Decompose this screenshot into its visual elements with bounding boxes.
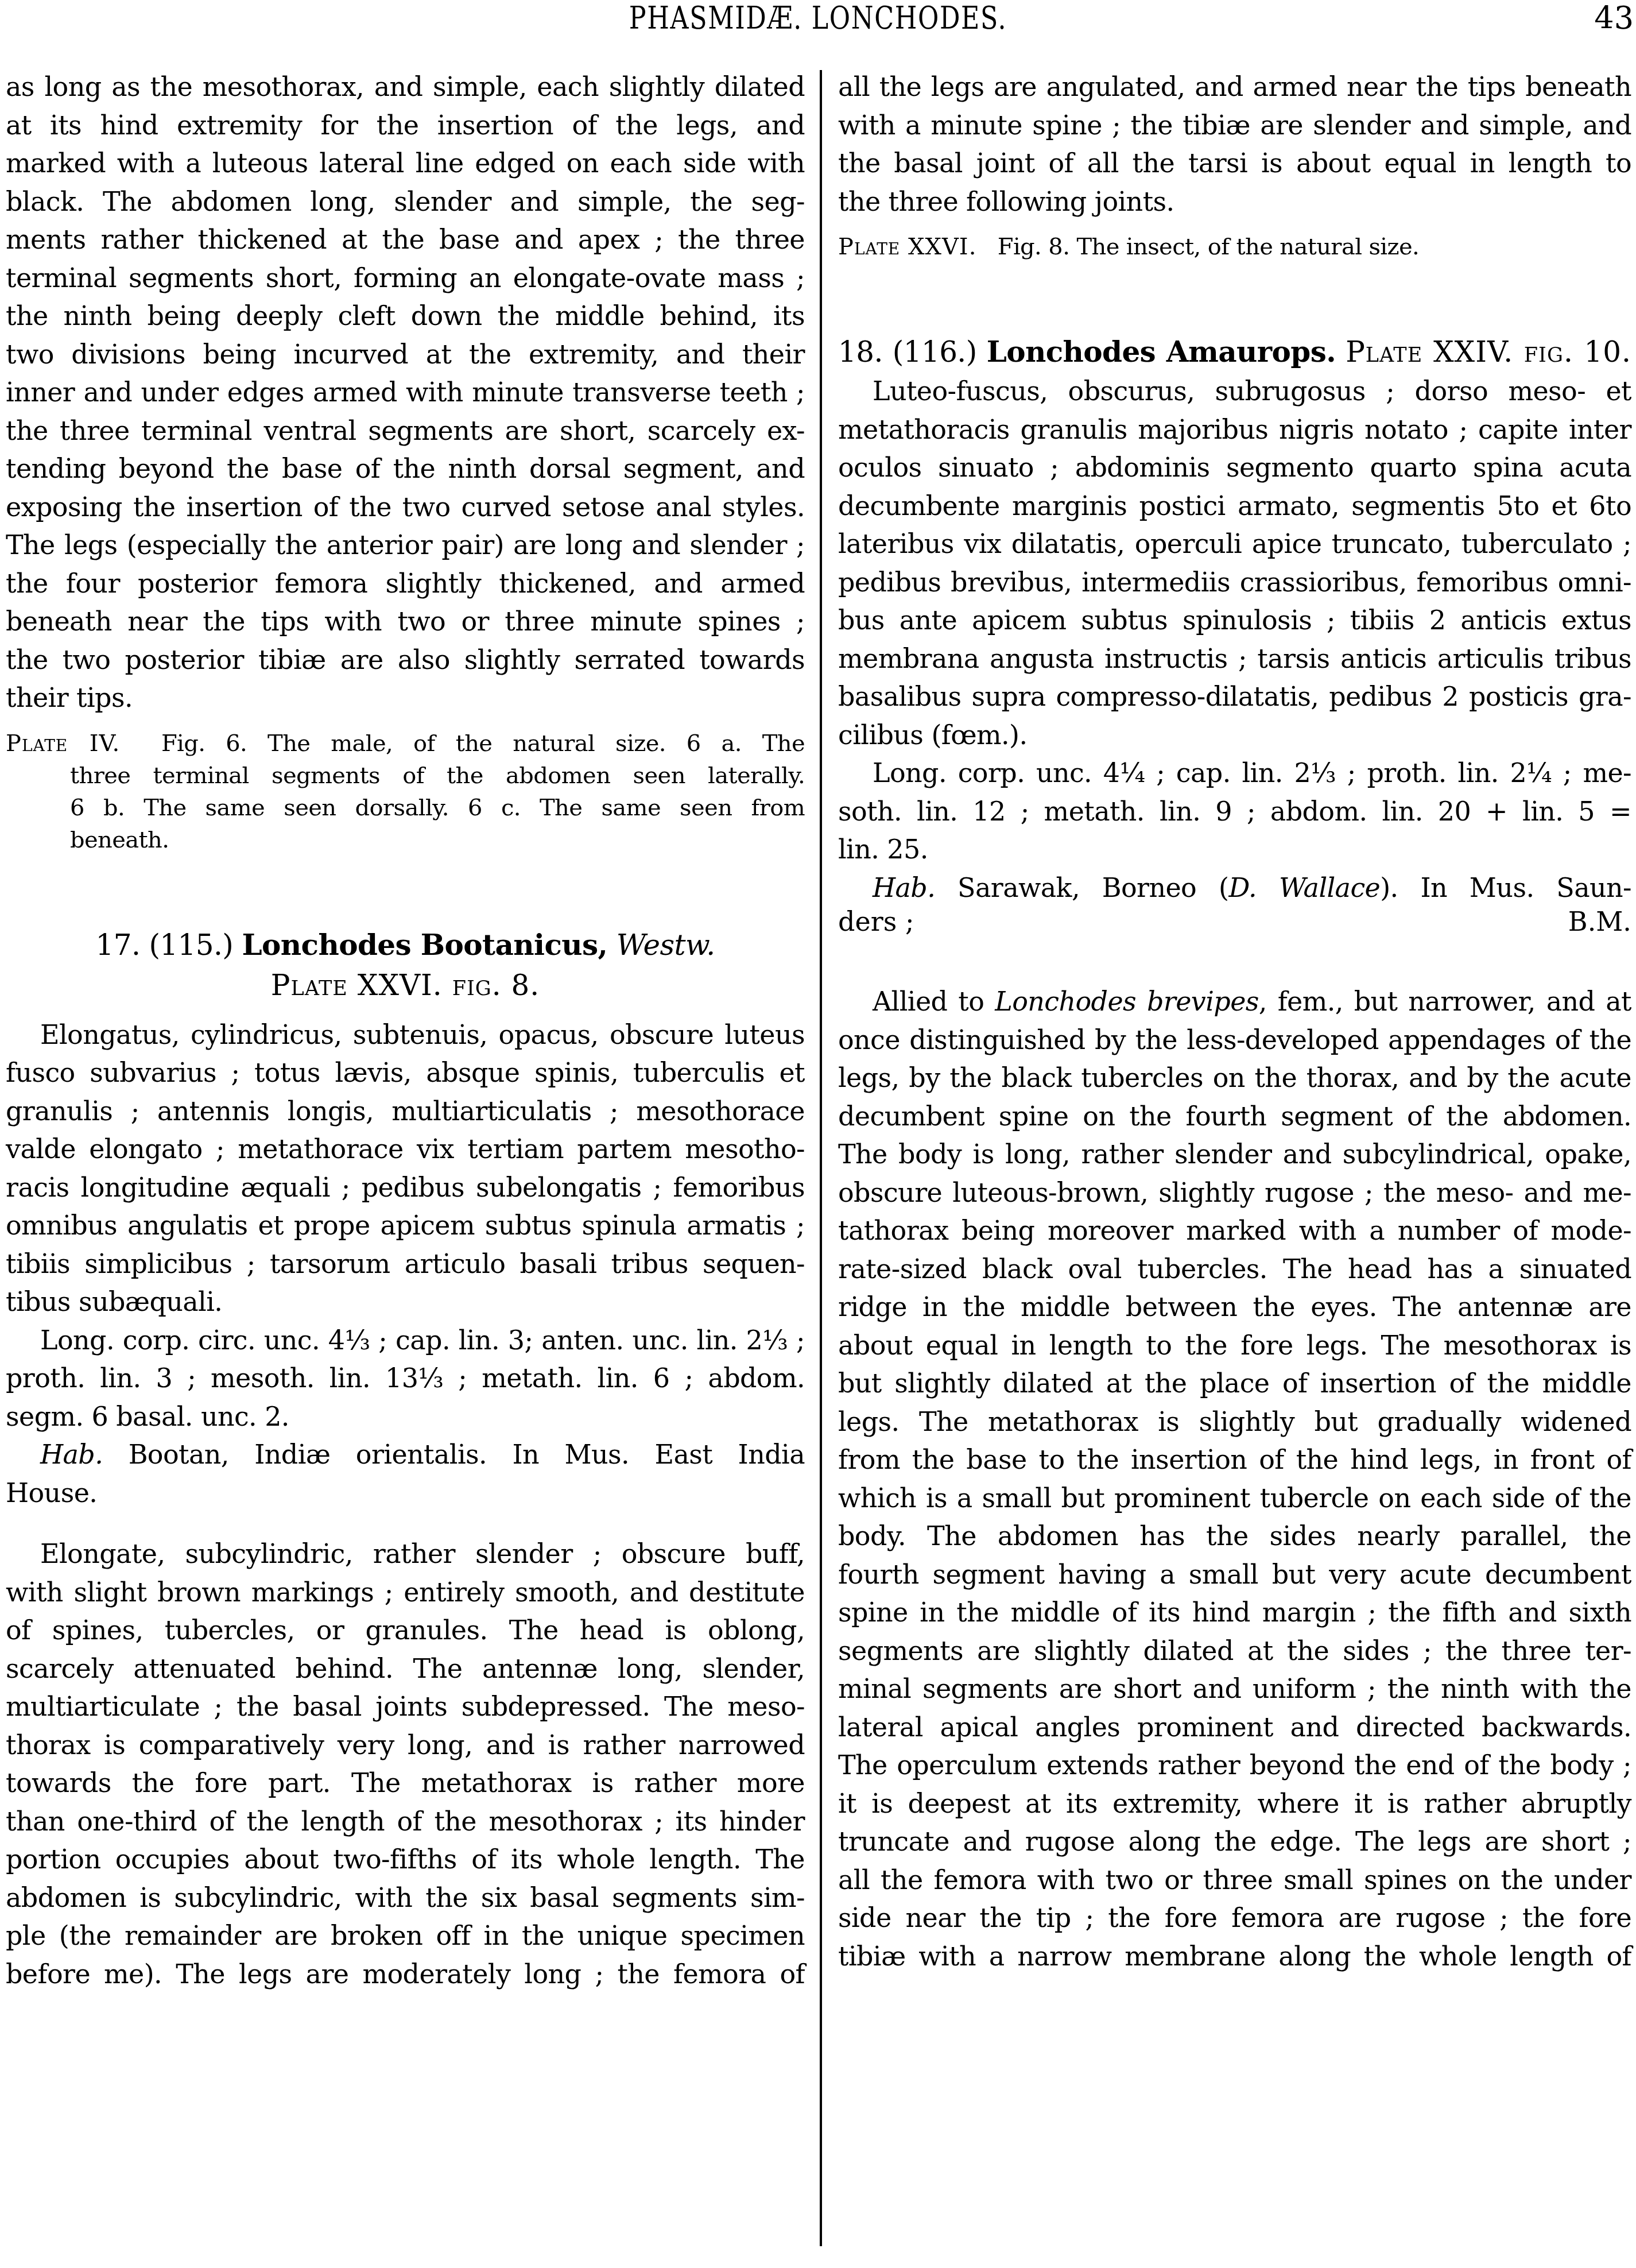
text-line: tathorax being moreover marked with a nu… [838, 1212, 1631, 1250]
running-head-title: PHASMIDÆ. LONCHODES. [148, 0, 1489, 37]
latin-description: Elongatus, cylindricus, subtenuis, opacu… [6, 1016, 805, 1321]
text-fragment: Allied to [873, 986, 995, 1017]
text-line: membrana angusta instructis ; tarsis ant… [838, 640, 1631, 678]
habitat-label: Hab. [40, 1439, 103, 1470]
text-line: the four posterior femora slightly thick… [6, 564, 805, 603]
measurements: Long. corp. unc. 4¼ ; cap. lin. 2⅓ ; pro… [838, 754, 1631, 869]
text-line: legs, by the black tubercles on the thor… [838, 1059, 1631, 1097]
plate-caption: Plate XXVI. Fig. 8. The insect, of the n… [838, 231, 1631, 263]
habitat-text: Bootan, Indiæ orientalis. In Mus. East I… [129, 1439, 805, 1470]
text-line: spine in the middle of its hind margin ;… [838, 1593, 1631, 1632]
text-line: omnibus angulatis et prope apicem subtus… [6, 1206, 805, 1245]
text-line: body. The abdomen has the sides nearly p… [838, 1517, 1631, 1555]
text-line: proth. lin. 3 ; mesoth. lin. 13⅓ ; metat… [6, 1359, 805, 1398]
right-column: all the legs are angulated, and armed ne… [838, 68, 1631, 1975]
text-line: basalibus supra compresso-dilatatis, ped… [838, 678, 1631, 716]
species-number: 18. (116.) [838, 335, 977, 369]
habitat-text: House. [6, 1474, 805, 1512]
plate-reference: Plate XXVI. fig. 8. [6, 965, 805, 1005]
text-line: it is deepest at its extremity, where it… [838, 1785, 1631, 1823]
text-line: the three terminal ventral segments are … [6, 412, 805, 450]
text-line: of spines, tubercles, or granules. The h… [6, 1611, 805, 1650]
text-line: two divisions being incurved at the extr… [6, 335, 805, 374]
caption-line: beneath. [6, 824, 805, 856]
text-line: decumbent spine on the fourth segment of… [838, 1097, 1631, 1136]
text-line: thorax is comparatively very long, and i… [6, 1726, 805, 1764]
species-heading: 18. (116.) Lonchodes Amaurops. Plate XXI… [838, 332, 1631, 372]
text-line: the ninth being deeply cleft down the mi… [6, 297, 805, 335]
text-line: obscure luteous-brown, slightly rugose ;… [838, 1174, 1631, 1212]
text-line: the basal joint of all the tarsi is abou… [838, 144, 1631, 183]
text-line: ridge in the middle between the eyes. Th… [838, 1288, 1631, 1326]
text-line: pedibus brevibus, intermediis crassiorib… [838, 563, 1631, 602]
text-line: scarcely attenuated behind. The antennæ … [6, 1650, 805, 1688]
text-line: racis longitudine æquali ; pedibus subel… [6, 1168, 805, 1207]
habitat-text: ders ; [838, 907, 914, 936]
plate-label: Plate XXVI. [838, 234, 976, 260]
habitat-text: Sarawak, Borneo ( [957, 872, 1228, 903]
text-line: the three following joints. [838, 183, 1631, 221]
collector-name: D. Wallace [1228, 872, 1380, 903]
text-fragment: , fem., but narrower, and at [1259, 986, 1631, 1017]
caption-line: three terminal segments of the abdomen s… [6, 760, 805, 792]
text-line: exposing the insertion of the two curved… [6, 488, 805, 527]
continuation-text: as long as the mesothorax, and simple, e… [6, 68, 805, 717]
caption-text: Fig. 6. The male, of the natural size. 6… [161, 730, 805, 757]
text-line: towards the fore part. The metathorax is… [6, 1764, 805, 1802]
text-line: with slight brown markings ; entirely sm… [6, 1573, 805, 1612]
text-line: decumbente marginis postici armato, segm… [838, 487, 1631, 525]
habitat: Hab. Sarawak, Borneo (D. Wallace). In Mu… [838, 869, 1631, 937]
species-reference: Lonchodes brevipes [995, 986, 1259, 1017]
column-divider [820, 70, 822, 2246]
text-line: the two posterior tibiæ are also slightl… [6, 641, 805, 679]
text-line: The body is long, rather slender and sub… [838, 1135, 1631, 1174]
plate-reference: Plate XXIV. fig. 10. [1346, 335, 1631, 369]
collection-abbrev: B.M. [1568, 907, 1631, 936]
measurements: Long. corp. circ. unc. 4⅓ ; cap. lin. 3;… [6, 1321, 805, 1436]
text-line: ple (the remainder are broken off in the… [6, 1917, 805, 1955]
species-author: Westw. [617, 928, 715, 962]
text-line: which is a small but prominent tubercle … [838, 1479, 1631, 1518]
text-line: bus ante apicem subtus spinulosis ; tibi… [838, 601, 1631, 640]
text-line: The legs (especially the anterior pair) … [6, 526, 805, 564]
text-line: multiarticulate ; the basal joints subde… [6, 1688, 805, 1726]
habitat-label: Hab. [873, 872, 935, 903]
text-line: valde elongato ; metathorace vix tertiam… [6, 1130, 805, 1168]
english-description: Allied to Lonchodes brevipes, fem., but … [838, 982, 1631, 1975]
text-line: side near the tip ; the fore femora are … [838, 1899, 1631, 1937]
english-description: Elongate, subcylindric, rather slender ;… [6, 1535, 805, 1993]
text-line: segments are slightly dilated at the sid… [838, 1632, 1631, 1670]
latin-description: Luteo-fuscus, obscurus, subrugosus ; dor… [838, 372, 1631, 754]
species-name: Lonchodes Bootanicus, [242, 928, 608, 962]
text-line: beneath near the tips with two or three … [6, 602, 805, 641]
text-line: tibiis simplicibus ; tarsorum articulo b… [6, 1245, 805, 1283]
left-column: as long as the mesothorax, and simple, e… [6, 68, 805, 1993]
habitat: Hab. Bootan, Indiæ orientalis. In Mus. E… [6, 1435, 805, 1512]
text-line: abdomen is subcylindric, with the six ba… [6, 1879, 805, 1917]
text-line: than one-third of the length of the meso… [6, 1802, 805, 1841]
text-line: tibus subæquali. [6, 1283, 805, 1321]
running-head: PHASMIDÆ. LONCHODES. 43 [0, 0, 1636, 40]
text-line: as long as the mesothorax, and simple, e… [6, 68, 805, 106]
plate-caption: Plate IV. Fig. 6. The male, of the natur… [6, 727, 805, 856]
text-line: Elongate, subcylindric, rather slender ;… [6, 1535, 805, 1573]
plate-label: Plate IV. [6, 730, 120, 757]
text-line: inner and under edges armed with minute … [6, 373, 805, 412]
text-line: portion occupies about two-fifths of its… [6, 1840, 805, 1879]
text-line: fourth segment having a small but very a… [838, 1555, 1631, 1594]
text-line: granulis ; antennis longis, multiarticul… [6, 1092, 805, 1131]
text-line: tibiæ with a narrow membrane along the w… [838, 1937, 1631, 1976]
text-line: their tips. [6, 679, 805, 717]
text-line: minal segments are short and uniform ; t… [838, 1670, 1631, 1708]
text-line: once distinguished by the less-developed… [838, 1021, 1631, 1059]
text-line: lin. 25. [838, 830, 1631, 869]
text-line: metathoracis granulis majoribus nigris n… [838, 411, 1631, 449]
text-line: at its hind extremity for the insertion … [6, 106, 805, 145]
text-line: from the base to the insertion of the hi… [838, 1441, 1631, 1479]
text-line: about equal in length to the fore legs. … [838, 1326, 1631, 1365]
text-line: Long. corp. unc. 4¼ ; cap. lin. 2⅓ ; pro… [838, 754, 1631, 792]
page-number: 43 [1594, 0, 1634, 37]
text-line: all the legs are angulated, and armed ne… [838, 68, 1631, 106]
text-line: cilibus (fœm.). [838, 716, 1631, 754]
species-number: 17. (115.) [95, 928, 233, 962]
text-line: ments rather thickened at the base and a… [6, 220, 805, 259]
caption-line: 6 b. The same seen dorsally. 6 c. The sa… [6, 792, 805, 824]
text-line: oculos sinuato ; abdominis segmento quar… [838, 448, 1631, 487]
text-line: tending beyond the base of the ninth dor… [6, 450, 805, 488]
text-line: Luteo-fuscus, obscurus, subrugosus ; dor… [838, 372, 1631, 411]
continuation-text: all the legs are angulated, and armed ne… [838, 68, 1631, 220]
text-line: The operculum extends rather beyond the … [838, 1746, 1631, 1785]
text-line: black. The abdomen long, slender and sim… [6, 183, 805, 221]
text-line: segm. 6 basal. unc. 2. [6, 1398, 805, 1436]
text-line: truncate and rugose along the edge. The … [838, 1822, 1631, 1861]
text-line: legs. The metathorax is slightly but gra… [838, 1403, 1631, 1441]
text-line: marked with a luteous lateral line edged… [6, 144, 805, 183]
text-line: lateribus vix dilatatis, operculi apice … [838, 525, 1631, 563]
text-line: Elongatus, cylindricus, subtenuis, opacu… [6, 1016, 805, 1054]
text-line: all the femora with two or three small s… [838, 1861, 1631, 1899]
text-line: fusco subvarius ; totus lævis, absque sp… [6, 1054, 805, 1092]
text-line: soth. lin. 12 ; metath. lin. 9 ; abdom. … [838, 792, 1631, 831]
text-line: but slightly dilated at the place of ins… [838, 1364, 1631, 1403]
text-line: before me). The legs are moderately long… [6, 1955, 805, 1994]
text-line: with a minute spine ; the tibiæ are slen… [838, 106, 1631, 145]
text-line: Long. corp. circ. unc. 4⅓ ; cap. lin. 3;… [6, 1321, 805, 1360]
habitat-text: ). In Mus. Saun- [1380, 872, 1631, 903]
text-line: rate-sized black oval tubercles. The hea… [838, 1250, 1631, 1288]
text-line: lateral apical angles prominent and dire… [838, 1708, 1631, 1747]
text-line: terminal segments short, forming an elon… [6, 259, 805, 297]
caption-text: Fig. 8. The insect, of the natural size. [998, 234, 1419, 260]
species-name: Lonchodes Amaurops. [987, 335, 1336, 369]
species-heading: 17. (115.) Lonchodes Bootanicus, Westw. … [6, 925, 805, 1005]
